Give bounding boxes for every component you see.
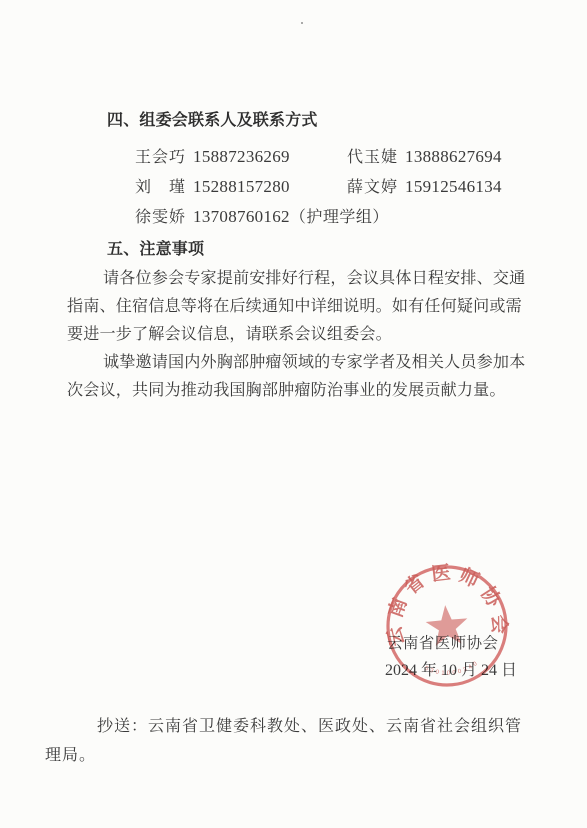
contact-phone: 13888627694: [405, 147, 502, 166]
paragraph-line: 次会议，共同为推动我国胸部肿瘤防治事业的发展贡献力量。: [67, 376, 527, 404]
scan-speck: [301, 22, 303, 24]
contact-row: 刘 瑾15288157280 薛文婷15912546134: [135, 172, 559, 202]
paragraph-line: 诚挚邀请国内外胸部肿瘤领域的专家学者及相关人员参加本: [67, 348, 527, 376]
contact-name: 代玉婕: [347, 149, 398, 166]
cc-line: 理局。: [45, 741, 527, 770]
contact-name: 薛文婷: [347, 179, 398, 196]
contact-phone: 13708760162: [193, 207, 290, 226]
contact-row: 王会巧15887236269 代玉婕13888627694: [135, 142, 559, 172]
body-paragraphs: 请各位参会专家提前安排好行程，会议具体日程安排、交通 指南、住宿信息等将在后续通…: [67, 264, 527, 404]
contact-row: 徐雯娇13708760162（护理学组）: [135, 202, 559, 232]
contact-phone: 15288157280: [193, 177, 290, 196]
paragraph-line: 请各位参会专家提前安排好行程，会议具体日程安排、交通: [67, 264, 527, 292]
seal-star-icon: [424, 603, 469, 646]
contact-name: 徐雯娇: [135, 209, 186, 226]
contact-entry: 代玉婕13888627694: [347, 142, 559, 172]
cc-line: 抄送：云南省卫健委科教处、医政处、云南省社会组织管: [45, 712, 527, 741]
contact-name: 刘 瑾: [135, 179, 186, 196]
seal-code-text: 5301000340: [423, 660, 480, 679]
contact-phone: 15887236269: [193, 147, 290, 166]
cc-footer: 抄送：云南省卫健委科教处、医政处、云南省社会组织管 理局。: [45, 712, 527, 770]
section4-heading: 四、组委会联系人及联系方式: [107, 109, 318, 133]
contact-entry: 徐雯娇13708760162（护理学组）: [135, 202, 347, 232]
contact-entry: 王会巧15887236269: [135, 142, 347, 172]
contact-entry: 薛文婷15912546134: [347, 172, 559, 202]
section5-heading: 五、注意事项: [107, 238, 204, 262]
contact-note: （护理学组）: [290, 209, 389, 226]
contact-list: 王会巧15887236269 代玉婕13888627694 刘 瑾1528815…: [135, 142, 559, 232]
seal-code-textpath: 5301000340: [423, 660, 480, 679]
contact-phone: 15912546134: [405, 177, 502, 196]
contact-name: 王会巧: [135, 149, 186, 166]
document-page: 四、组委会联系人及联系方式 王会巧15887236269 代玉婕13888627…: [0, 0, 587, 828]
paragraph-line: 要进一步了解会议信息，请联系会议组委会。: [67, 320, 527, 348]
official-seal: 云南省医师协会 5301000340: [371, 550, 523, 702]
paragraph-line: 指南、住宿信息等将在后续通知中详细说明。如有任何疑问或需: [67, 292, 527, 320]
contact-entry: 刘 瑾15288157280: [135, 172, 347, 202]
